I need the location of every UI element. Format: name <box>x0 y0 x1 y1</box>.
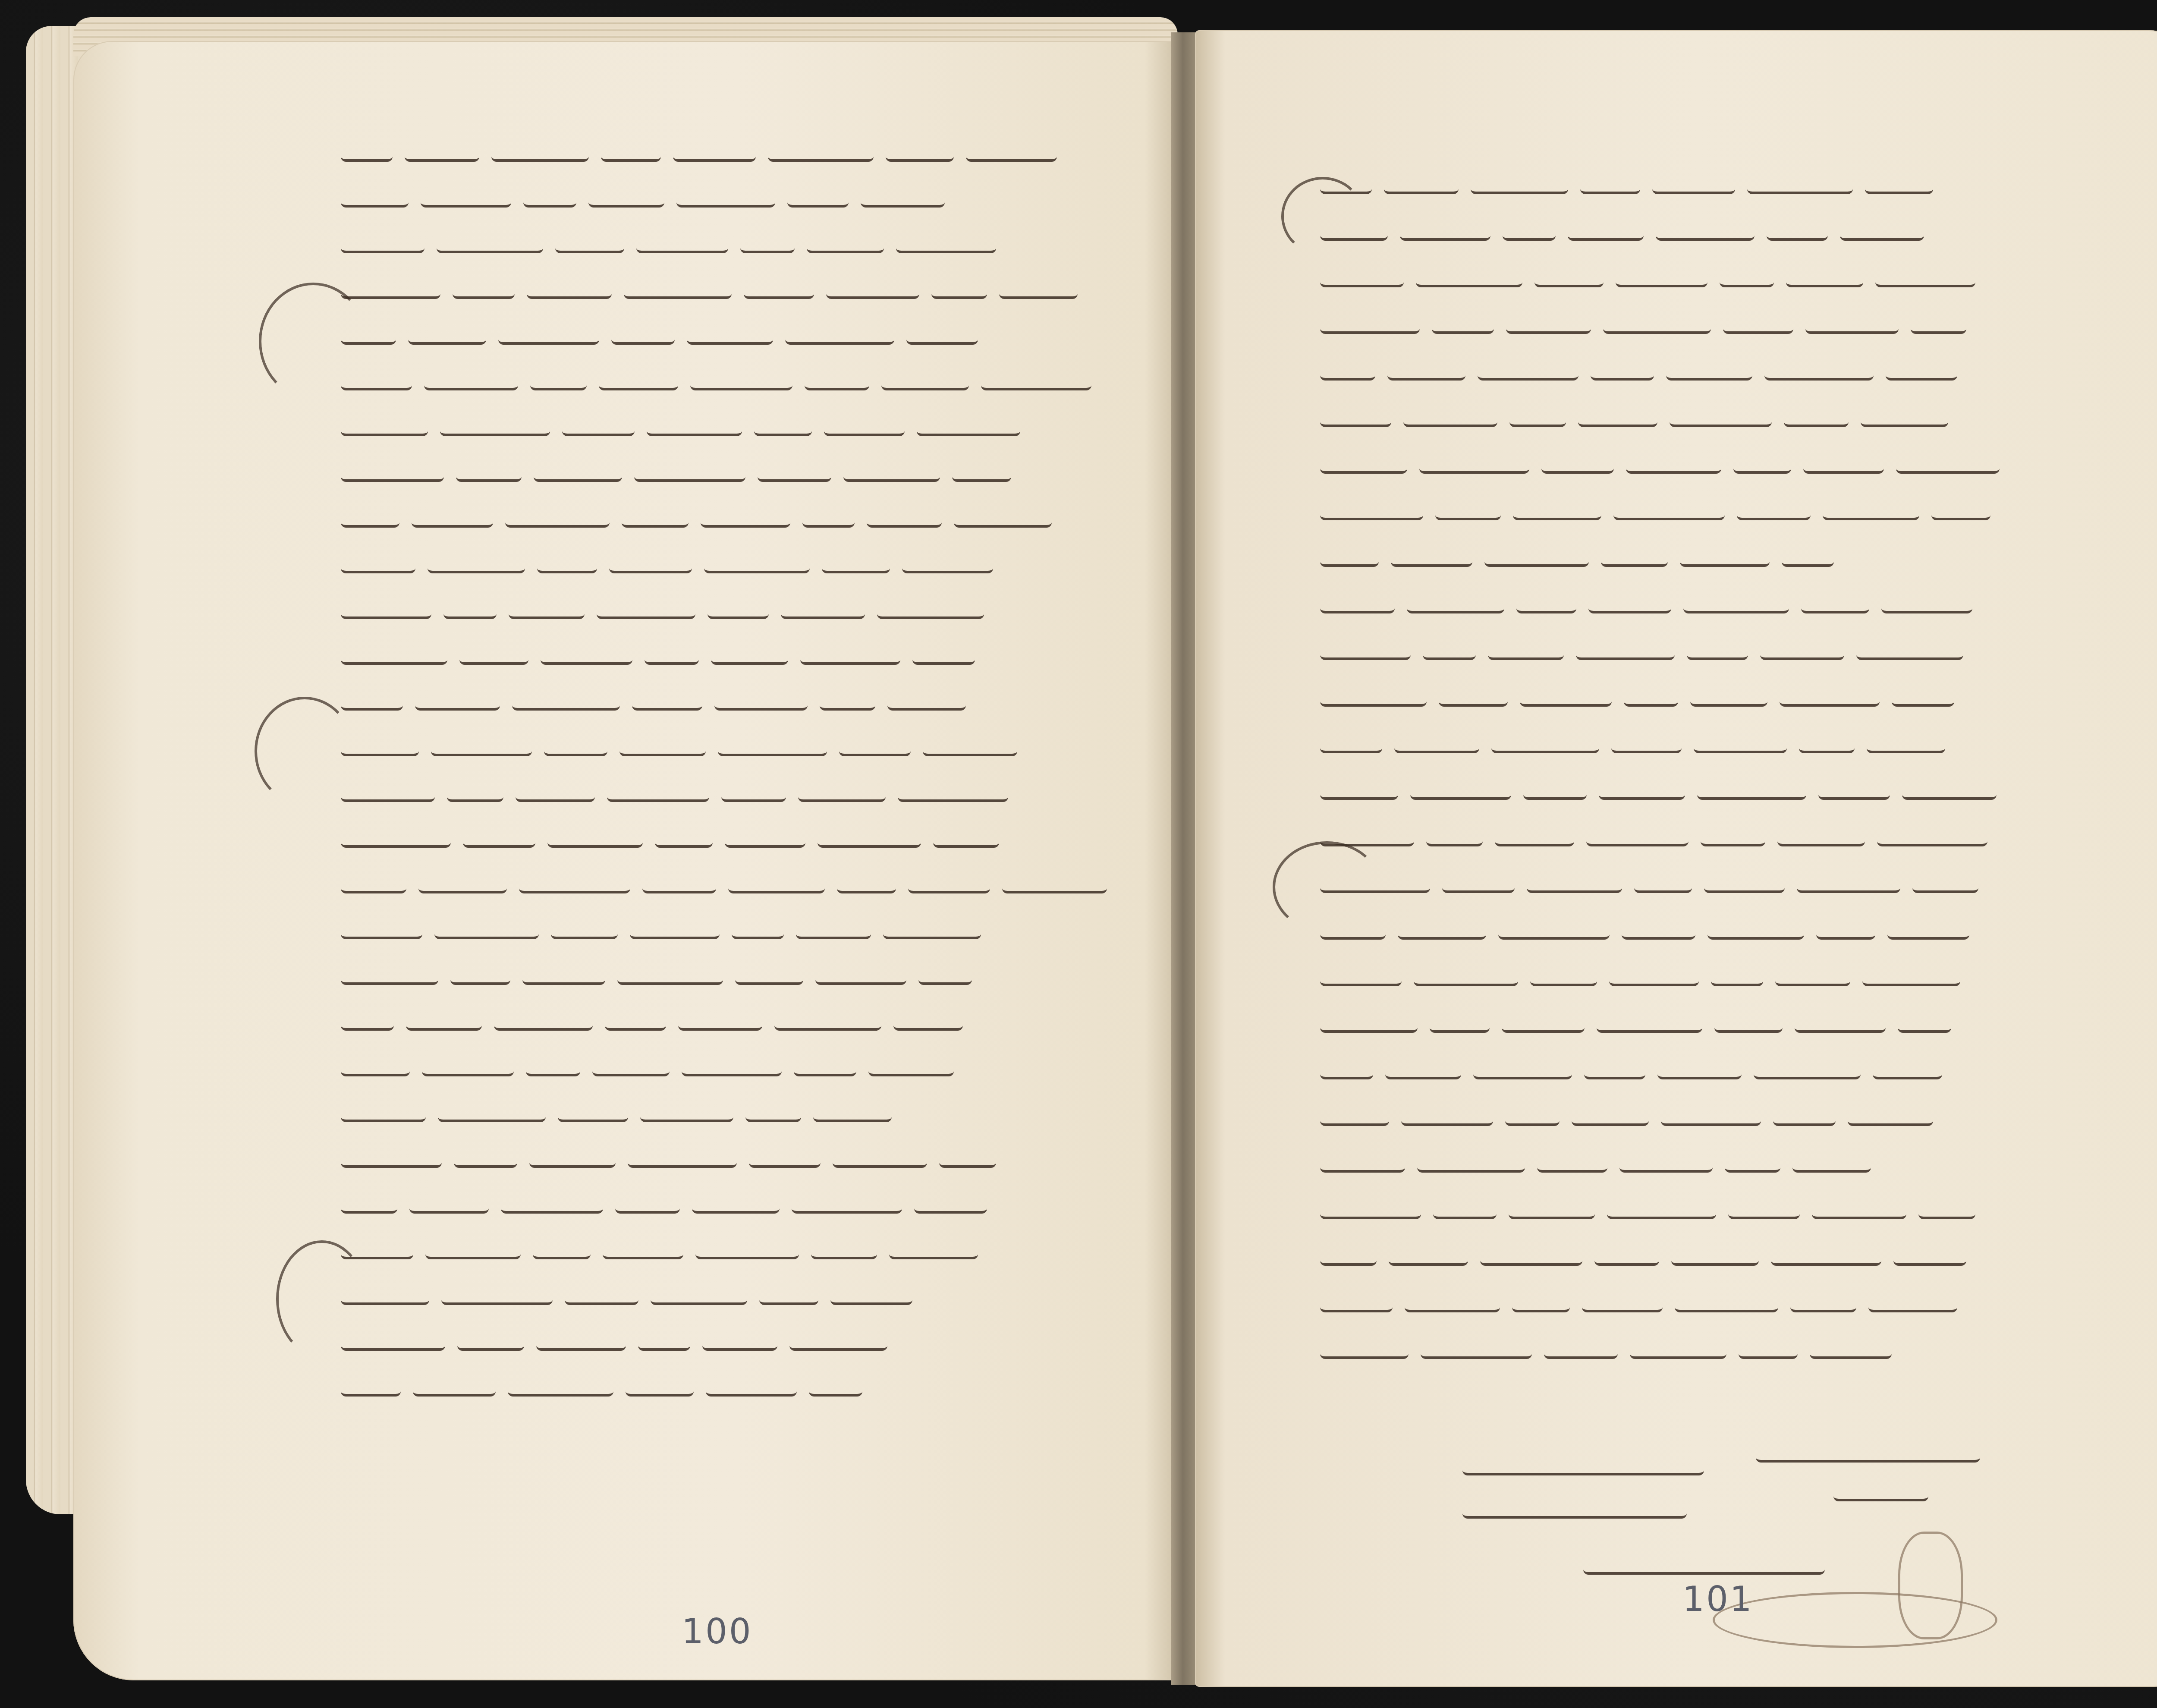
handwritten-word <box>341 1196 397 1214</box>
handwritten-word <box>1630 1342 1726 1359</box>
handwritten-word <box>886 145 954 162</box>
handwritten-word <box>530 373 587 390</box>
handwritten-word <box>1786 270 1863 287</box>
handwritten-word <box>883 922 981 939</box>
manuscript-line <box>1320 592 1972 618</box>
handwritten-word <box>735 968 803 985</box>
handwritten-word <box>1661 1109 1761 1126</box>
handwritten-word <box>1747 177 1853 194</box>
handwritten-word <box>1792 1155 1871 1173</box>
manuscript-line <box>341 460 1011 486</box>
handwritten-word <box>415 693 500 711</box>
handwritten-word <box>1818 783 1890 800</box>
manuscript-line <box>341 963 972 989</box>
handwritten-word <box>1737 503 1811 520</box>
handwritten-word <box>1320 689 1427 707</box>
handwritten-word <box>800 648 900 665</box>
handwritten-word <box>1387 363 1465 381</box>
handwritten-word <box>754 419 812 436</box>
manuscript-line <box>1320 965 1960 991</box>
manuscript-line <box>341 1055 954 1081</box>
handwritten-word <box>422 1059 514 1076</box>
handwritten-word <box>918 968 972 985</box>
handwritten-word <box>341 602 431 619</box>
handwritten-word <box>906 327 978 345</box>
handwritten-word <box>1723 317 1793 334</box>
handwritten-word <box>678 1013 762 1031</box>
handwritten-word <box>450 968 510 985</box>
handwritten-word <box>1707 922 1804 940</box>
handwritten-word <box>341 1059 410 1076</box>
handwritten-word <box>1865 177 1933 194</box>
manuscript-line <box>1320 918 1969 944</box>
manuscript-line <box>341 1283 912 1309</box>
handwritten-word <box>813 1105 892 1122</box>
handwritten-word <box>749 1151 821 1168</box>
handwritten-word <box>1513 503 1601 520</box>
handwritten-word <box>807 236 884 253</box>
signature-2-stroke <box>1833 1484 1928 1501</box>
handwritten-word <box>818 830 921 848</box>
handwritten-word <box>341 465 444 482</box>
handwritten-word <box>1657 1062 1742 1079</box>
handwritten-word <box>1320 363 1375 381</box>
handwritten-word <box>1509 410 1566 427</box>
handwritten-word <box>908 876 990 893</box>
handwritten-word <box>1795 1016 1886 1033</box>
handwritten-word <box>690 373 792 390</box>
handwritten-word <box>619 739 706 756</box>
manuscript-line <box>1320 1151 1871 1177</box>
handwritten-word <box>622 510 689 528</box>
handwritten-word <box>341 876 406 893</box>
handwritten-word <box>1652 177 1735 194</box>
handwritten-word <box>912 648 975 665</box>
handwritten-word <box>889 1242 978 1259</box>
handwritten-word <box>1810 1342 1892 1359</box>
manuscript-line <box>1320 452 2000 478</box>
handwritten-word <box>341 282 440 299</box>
handwritten-word <box>1423 643 1476 660</box>
handwritten-word <box>954 510 1052 528</box>
handwritten-word <box>843 465 940 482</box>
handwritten-word <box>718 739 827 756</box>
handwritten-word <box>861 190 945 208</box>
handwritten-word <box>1683 596 1789 613</box>
handwritten-word <box>1616 270 1707 287</box>
manuscript-line <box>1320 1291 1957 1317</box>
handwritten-word <box>1433 1202 1497 1219</box>
handwritten-word <box>1401 1109 1493 1126</box>
handwritten-word <box>456 465 522 482</box>
margin-flourish <box>276 1240 368 1358</box>
handwritten-word <box>1892 689 1954 707</box>
handwritten-word <box>1320 410 1391 427</box>
manuscript-line <box>341 689 966 715</box>
handwritten-word <box>341 922 422 939</box>
handwritten-word <box>1594 1249 1659 1266</box>
handwritten-word <box>1484 550 1589 567</box>
handwritten-word <box>1403 410 1497 427</box>
handwritten-word <box>839 739 911 756</box>
handwritten-word <box>1823 503 1919 520</box>
handwritten-word <box>781 602 865 619</box>
handwritten-word <box>820 693 875 711</box>
handwritten-word <box>981 373 1091 390</box>
handwritten-word <box>428 556 525 573</box>
handwritten-word <box>1320 1295 1393 1312</box>
handwritten-word <box>1773 1109 1836 1126</box>
handwritten-word <box>601 145 661 162</box>
handwritten-word <box>491 145 589 162</box>
handwritten-word <box>796 922 871 939</box>
handwritten-word <box>534 465 622 482</box>
handwritten-word <box>826 282 919 299</box>
handwritten-word <box>1697 783 1806 800</box>
handwritten-word <box>1840 223 1924 241</box>
handwritten-word <box>811 1242 877 1259</box>
handwritten-word <box>634 465 745 482</box>
handwritten-word <box>1578 410 1657 427</box>
handwritten-word <box>1512 1295 1570 1312</box>
handwritten-word <box>837 876 896 893</box>
manuscript-line <box>341 1238 978 1264</box>
handwritten-word <box>509 602 585 619</box>
handwritten-word <box>1509 1202 1595 1219</box>
handwritten-word <box>341 1105 426 1122</box>
handwritten-word <box>1320 503 1423 520</box>
handwritten-word <box>1320 550 1379 567</box>
handwritten-word <box>1656 223 1755 241</box>
handwritten-word <box>341 190 409 208</box>
manuscript-line <box>1320 825 1987 851</box>
handwritten-word <box>1801 596 1869 613</box>
manuscript-line <box>341 369 1091 395</box>
handwritten-word <box>1503 223 1556 241</box>
notarial-paraph-mark <box>1898 1532 1963 1639</box>
handwritten-word <box>1782 550 1834 567</box>
handwritten-word <box>617 968 723 985</box>
handwritten-word <box>1898 1016 1951 1033</box>
handwritten-word <box>893 1013 963 1031</box>
handwritten-word <box>939 1151 996 1168</box>
handwritten-word <box>412 510 493 528</box>
handwritten-word <box>1394 736 1479 753</box>
handwritten-word <box>551 922 618 939</box>
handwritten-word <box>1902 783 1997 800</box>
signature-3-stroke <box>1583 1557 1825 1575</box>
handwritten-word <box>603 1242 683 1259</box>
margin-flourish <box>1273 841 1381 933</box>
handwritten-word <box>1816 922 1875 940</box>
handwritten-word <box>1426 829 1483 846</box>
handwritten-word <box>1320 736 1382 753</box>
handwritten-word <box>1626 456 1721 474</box>
handwritten-word <box>1886 363 1957 381</box>
handwritten-word <box>421 190 511 208</box>
handwritten-word <box>711 648 788 665</box>
handwritten-word <box>1887 922 1969 940</box>
handwritten-word <box>1790 1295 1856 1312</box>
handwritten-word <box>459 648 528 665</box>
handwritten-word <box>702 1334 777 1351</box>
handwritten-word <box>341 1151 442 1168</box>
margin-flourish <box>1281 177 1364 255</box>
handwritten-word <box>1805 317 1899 334</box>
handwritten-word <box>1442 876 1515 893</box>
handwritten-word <box>341 419 428 436</box>
manuscript-line <box>341 232 996 258</box>
handwritten-word <box>898 785 1008 802</box>
handwritten-word <box>437 236 543 253</box>
folio-number-left: 100 <box>682 1611 753 1651</box>
handwritten-word <box>536 1334 626 1351</box>
handwritten-word <box>830 1288 912 1305</box>
handwritten-word <box>558 1105 628 1122</box>
handwritten-word <box>798 785 886 802</box>
manuscript-line <box>341 1101 892 1126</box>
handwritten-word <box>725 830 805 848</box>
handwritten-word <box>1320 643 1411 660</box>
handwritten-word <box>522 968 605 985</box>
handwritten-word <box>789 1334 887 1351</box>
handwritten-word <box>1320 1155 1405 1173</box>
manuscript-line <box>1320 1337 1892 1363</box>
handwritten-word <box>809 1379 862 1397</box>
manuscript-line <box>1320 1104 1933 1130</box>
handwritten-word <box>1568 223 1644 241</box>
handwritten-word <box>914 1196 987 1214</box>
handwritten-word <box>588 190 664 208</box>
handwritten-word <box>1588 596 1671 613</box>
handwritten-word <box>1414 969 1518 986</box>
handwritten-word <box>547 830 643 848</box>
manuscript-line <box>1320 871 1978 897</box>
handwritten-word <box>1384 177 1459 194</box>
handwritten-word <box>413 1379 496 1397</box>
handwritten-word <box>440 419 550 436</box>
handwritten-word <box>1764 363 1874 381</box>
handwritten-word <box>1506 317 1591 334</box>
handwritten-word <box>1580 177 1640 194</box>
handwritten-word <box>1671 1249 1759 1266</box>
handwritten-word <box>1516 596 1576 613</box>
handwritten-word <box>728 876 825 893</box>
handwritten-word <box>1416 270 1522 287</box>
manuscript-line <box>1320 1058 1942 1084</box>
handwritten-word <box>1320 783 1398 800</box>
handwritten-word <box>896 236 996 253</box>
handwritten-word <box>642 876 716 893</box>
handwritten-word <box>676 190 775 208</box>
handwritten-word <box>1435 503 1501 520</box>
handwritten-word <box>1320 270 1404 287</box>
handwritten-word <box>706 1379 797 1397</box>
handwritten-word <box>408 327 486 345</box>
handwritten-word <box>651 1288 747 1305</box>
handwritten-word <box>1680 550 1770 567</box>
handwritten-word <box>1407 596 1504 613</box>
handwritten-word <box>516 785 595 802</box>
handwritten-word <box>721 785 786 802</box>
handwritten-word <box>537 556 597 573</box>
handwritten-word <box>624 282 732 299</box>
handwritten-word <box>1421 1342 1532 1359</box>
handwritten-word <box>1534 270 1604 287</box>
right-page-text <box>1320 173 2140 1393</box>
handwritten-word <box>655 830 713 848</box>
handwritten-word <box>447 785 503 802</box>
handwritten-word <box>527 282 612 299</box>
handwritten-word <box>952 465 1011 482</box>
handwritten-word <box>1931 503 1990 520</box>
handwritten-word <box>822 556 890 573</box>
handwritten-word <box>768 145 874 162</box>
handwritten-word <box>434 922 539 939</box>
handwritten-word <box>824 419 905 436</box>
handwritten-word <box>714 693 808 711</box>
handwritten-word <box>562 419 635 436</box>
handwritten-word <box>1622 922 1695 940</box>
handwritten-word <box>405 145 479 162</box>
manuscript-line <box>341 140 1057 166</box>
handwritten-word <box>431 739 532 756</box>
handwritten-word <box>512 693 620 711</box>
handwritten-word <box>638 1334 690 1351</box>
handwritten-word <box>1586 829 1688 846</box>
handwritten-word <box>1320 317 1420 334</box>
handwritten-word <box>1775 969 1850 986</box>
handwritten-word <box>438 1105 546 1122</box>
handwritten-word <box>526 1059 580 1076</box>
handwritten-word <box>1704 876 1785 893</box>
handwritten-word <box>1320 1109 1389 1126</box>
handwritten-word <box>1812 1202 1906 1219</box>
handwritten-word <box>1576 643 1675 660</box>
handwritten-word <box>805 373 869 390</box>
handwritten-word <box>565 1288 638 1305</box>
handwritten-word <box>1767 223 1828 241</box>
manuscript-line <box>341 1329 887 1355</box>
handwritten-word <box>519 876 630 893</box>
handwritten-word <box>628 1151 737 1168</box>
handwritten-word <box>1624 689 1678 707</box>
manuscript-line <box>341 323 978 349</box>
handwritten-word <box>341 785 435 802</box>
handwritten-word <box>529 1151 616 1168</box>
handwritten-word <box>1728 1202 1800 1219</box>
handwritten-word <box>1607 1202 1716 1219</box>
handwritten-word <box>640 1105 733 1122</box>
handwritten-word <box>592 1059 670 1076</box>
handwritten-word <box>1609 969 1699 986</box>
manuscript-line <box>341 643 975 669</box>
handwritten-word <box>923 739 1017 756</box>
handwritten-word <box>1541 456 1614 474</box>
handwritten-word <box>508 1379 613 1397</box>
manuscript-line <box>1320 639 1963 664</box>
signature-1-stroke <box>1462 1458 1704 1475</box>
handwritten-word <box>1599 783 1685 800</box>
handwritten-word <box>774 1013 881 1031</box>
handwritten-word <box>453 282 515 299</box>
handwritten-word <box>1725 1155 1780 1173</box>
handwritten-word <box>1320 1342 1409 1359</box>
handwritten-word <box>1584 1062 1645 1079</box>
handwritten-word <box>501 1196 603 1214</box>
handwritten-word <box>1520 689 1612 707</box>
handwritten-word <box>1694 736 1787 753</box>
handwritten-word <box>1862 969 1960 986</box>
manuscript-line <box>341 598 984 623</box>
handwritten-word <box>1432 317 1494 334</box>
handwritten-word <box>999 282 1078 299</box>
handwritten-word <box>1911 317 1966 334</box>
handwritten-word <box>692 1196 780 1214</box>
handwritten-word <box>341 693 403 711</box>
manuscript-line <box>341 1009 963 1035</box>
manuscript-line <box>1320 406 1948 431</box>
manuscript-line <box>1320 778 1997 804</box>
handwritten-word <box>607 785 709 802</box>
handwritten-word <box>1591 363 1654 381</box>
handwritten-word <box>1711 969 1763 986</box>
handwritten-word <box>1502 1016 1585 1033</box>
handwritten-word <box>966 145 1057 162</box>
handwritten-word <box>645 648 699 665</box>
handwritten-word <box>1634 876 1692 893</box>
handwritten-word <box>418 876 507 893</box>
handwritten-word <box>792 1196 902 1214</box>
handwritten-word <box>759 1288 818 1305</box>
handwritten-word <box>1856 643 1963 660</box>
handwritten-word <box>1389 1249 1468 1266</box>
handwritten-word <box>1867 736 1945 753</box>
handwritten-word <box>1505 1109 1560 1126</box>
handwritten-word <box>1320 1249 1377 1266</box>
handwritten-word <box>1523 783 1587 800</box>
handwritten-word <box>931 282 987 299</box>
signature-2-stroke <box>1756 1445 1980 1463</box>
margin-flourish <box>255 697 355 805</box>
handwritten-word <box>917 419 1020 436</box>
handwritten-word <box>424 373 518 390</box>
left-page: 100 <box>73 41 1178 1680</box>
handwritten-word <box>494 1013 593 1031</box>
handwritten-word <box>1733 456 1791 474</box>
handwritten-word <box>609 556 692 573</box>
handwritten-word <box>441 1288 553 1305</box>
handwritten-word <box>881 373 969 390</box>
book-gutter <box>1171 32 1197 1685</box>
handwritten-word <box>1439 689 1508 707</box>
handwritten-word <box>1848 1109 1933 1126</box>
handwritten-word <box>1601 550 1668 567</box>
handwritten-word <box>1687 643 1748 660</box>
handwritten-word <box>785 327 894 345</box>
handwritten-word <box>1799 736 1855 753</box>
handwritten-word <box>1385 1062 1461 1079</box>
handwritten-word <box>1797 876 1900 893</box>
handwritten-word <box>406 1013 482 1031</box>
handwritten-word <box>1803 456 1884 474</box>
manuscript-line <box>1320 732 1945 758</box>
handwritten-word <box>732 922 784 939</box>
handwritten-word <box>1701 829 1765 846</box>
handwritten-word <box>802 510 855 528</box>
handwritten-word <box>1893 1249 1966 1266</box>
handwritten-word <box>1320 969 1402 986</box>
